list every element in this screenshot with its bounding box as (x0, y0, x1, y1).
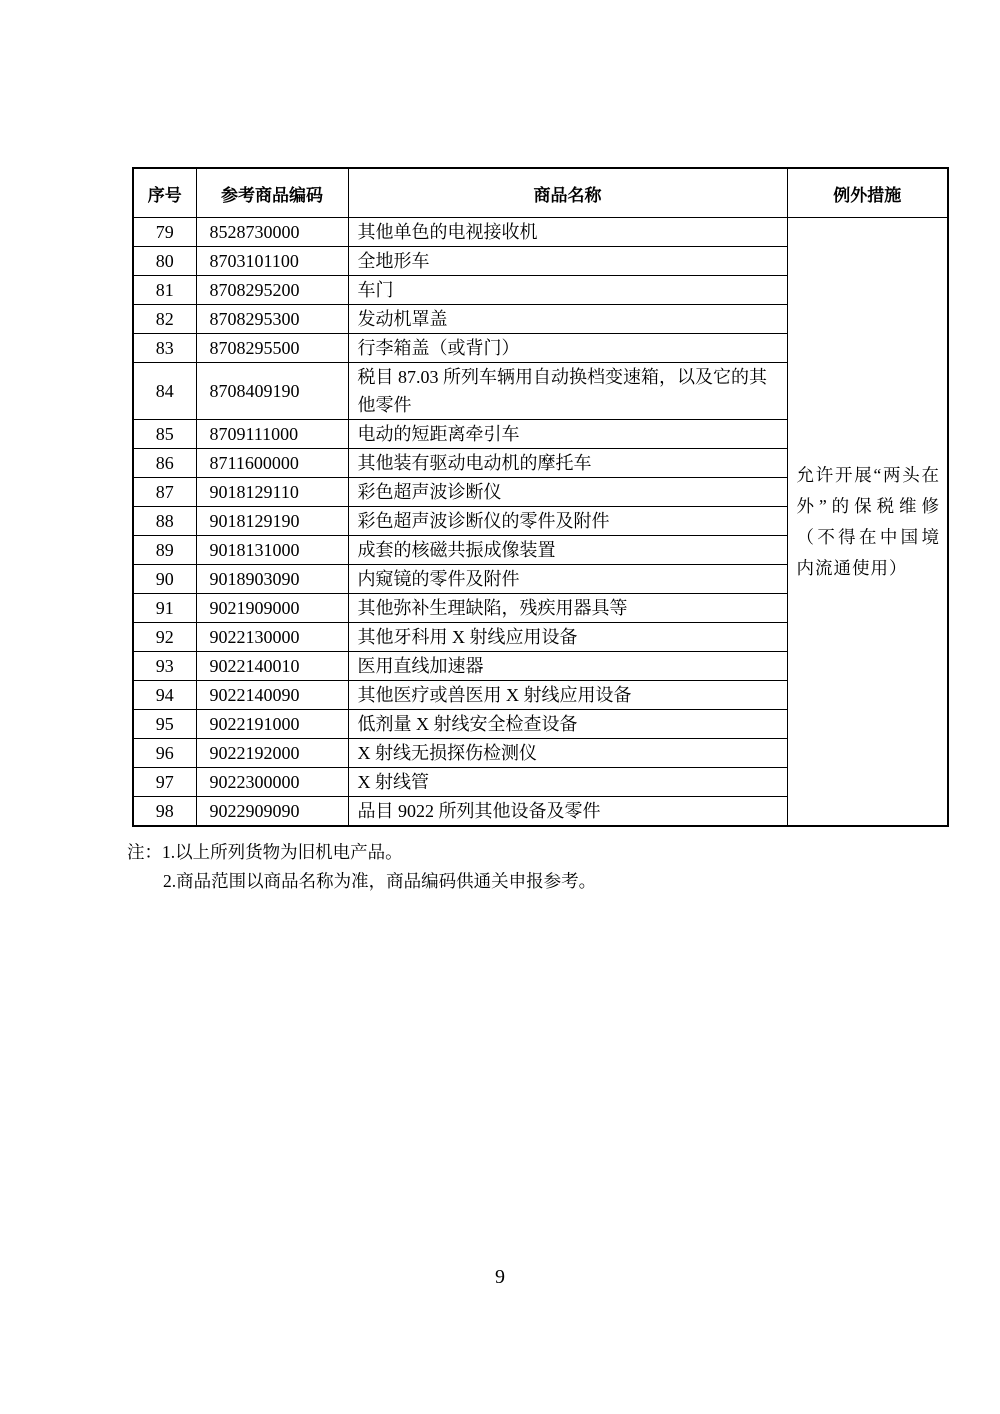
row-name: 全地形车 (348, 247, 787, 276)
row-code: 8708409190 (196, 363, 348, 420)
row-serial: 82 (133, 305, 196, 334)
row-code: 9022140090 (196, 681, 348, 710)
goods-table: 序号 参考商品编码 商品名称 例外措施 79 8528730000 其他单色的电… (132, 167, 949, 827)
row-code: 9022191000 (196, 710, 348, 739)
row-name: 行李箱盖（或背门） (348, 334, 787, 363)
row-serial: 81 (133, 276, 196, 305)
footnote-line-1: 注：1.以上所列货物为旧机电产品。 (127, 838, 596, 867)
row-name: 低剂量 X 射线安全检查设备 (348, 710, 787, 739)
row-name: 其他单色的电视接收机 (348, 218, 787, 247)
row-name: 彩色超声波诊断仪 (348, 478, 787, 507)
header-serial: 序号 (133, 168, 196, 218)
row-name: 其他弥补生理缺陷，残疾用器具等 (348, 594, 787, 623)
row-code: 8708295500 (196, 334, 348, 363)
row-serial: 89 (133, 536, 196, 565)
row-serial: 95 (133, 710, 196, 739)
row-code: 8711600000 (196, 449, 348, 478)
row-name: 内窥镜的零件及附件 (348, 565, 787, 594)
row-name: 成套的核磁共振成像装置 (348, 536, 787, 565)
row-code: 9022300000 (196, 768, 348, 797)
row-serial: 96 (133, 739, 196, 768)
row-serial: 85 (133, 420, 196, 449)
row-serial: 79 (133, 218, 196, 247)
row-code: 9022130000 (196, 623, 348, 652)
row-code: 9018129110 (196, 478, 348, 507)
row-serial: 94 (133, 681, 196, 710)
row-serial: 90 (133, 565, 196, 594)
header-exception-measure: 例外措施 (787, 168, 948, 218)
row-serial: 97 (133, 768, 196, 797)
row-serial: 91 (133, 594, 196, 623)
footnote-item-1: 1.以上所列货物为旧机电产品。 (162, 842, 403, 862)
footnotes: 注：1.以上所列货物为旧机电产品。 2.商品范围以商品名称为准，商品编码供通关申… (127, 838, 596, 896)
row-name: X 射线无损探伤检测仪 (348, 739, 787, 768)
document-page: 序号 参考商品编码 商品名称 例外措施 79 8528730000 其他单色的电… (0, 0, 1000, 1414)
table-row: 79 8528730000 其他单色的电视接收机 允许开展“两头在外”的保税维修… (133, 218, 948, 247)
row-name: X 射线管 (348, 768, 787, 797)
table-header-row: 序号 参考商品编码 商品名称 例外措施 (133, 168, 948, 218)
row-code: 9018131000 (196, 536, 348, 565)
row-serial: 93 (133, 652, 196, 681)
row-name: 电动的短距离牵引车 (348, 420, 787, 449)
header-product-code: 参考商品编码 (196, 168, 348, 218)
row-code: 8708295300 (196, 305, 348, 334)
row-name: 其他装有驱动电动机的摩托车 (348, 449, 787, 478)
row-code: 8528730000 (196, 218, 348, 247)
row-name: 其他医疗或兽医用 X 射线应用设备 (348, 681, 787, 710)
row-serial: 84 (133, 363, 196, 420)
row-name: 医用直线加速器 (348, 652, 787, 681)
row-serial: 92 (133, 623, 196, 652)
exception-measure-cell: 允许开展“两头在外”的保税维修（不得在中国境内流通使用） (787, 218, 948, 827)
row-name: 其他牙科用 X 射线应用设备 (348, 623, 787, 652)
row-code: 9022192000 (196, 739, 348, 768)
row-serial: 88 (133, 507, 196, 536)
row-code: 9022140010 (196, 652, 348, 681)
row-serial: 86 (133, 449, 196, 478)
row-code: 9018903090 (196, 565, 348, 594)
footnote-line-2: 2.商品范围以商品名称为准，商品编码供通关申报参考。 (127, 867, 596, 896)
row-code: 8709111000 (196, 420, 348, 449)
row-serial: 98 (133, 797, 196, 827)
footnote-label: 注： (127, 842, 162, 862)
row-serial: 87 (133, 478, 196, 507)
row-serial: 83 (133, 334, 196, 363)
row-name: 税目 87.03 所列车辆用自动换档变速箱，以及它的其他零件 (348, 363, 787, 420)
row-code: 8708295200 (196, 276, 348, 305)
row-code: 9018129190 (196, 507, 348, 536)
page-number: 9 (0, 1266, 1000, 1289)
footnote-item-2: 2.商品范围以商品名称为准，商品编码供通关申报参考。 (163, 871, 596, 891)
row-name: 车门 (348, 276, 787, 305)
row-code: 9022909090 (196, 797, 348, 827)
row-name: 彩色超声波诊断仪的零件及附件 (348, 507, 787, 536)
header-product-name: 商品名称 (348, 168, 787, 218)
row-name: 品目 9022 所列其他设备及零件 (348, 797, 787, 827)
row-code: 8703101100 (196, 247, 348, 276)
row-name: 发动机罩盖 (348, 305, 787, 334)
row-code: 9021909000 (196, 594, 348, 623)
row-serial: 80 (133, 247, 196, 276)
